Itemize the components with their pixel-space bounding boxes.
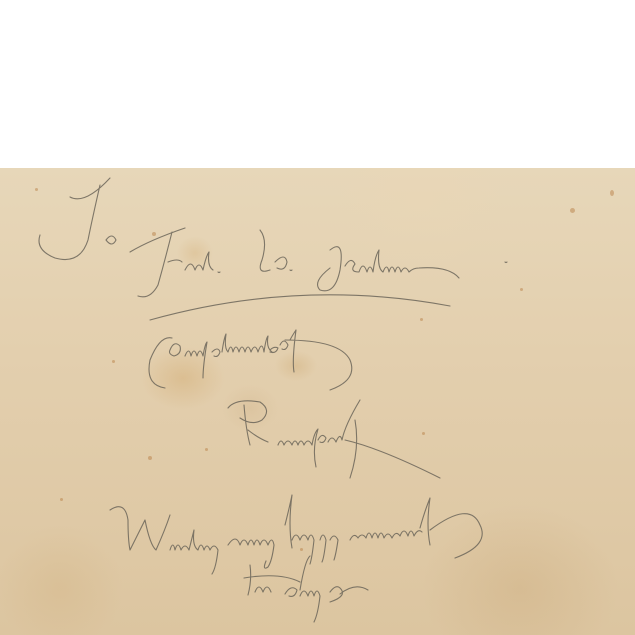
pencil-handwriting bbox=[0, 0, 635, 635]
